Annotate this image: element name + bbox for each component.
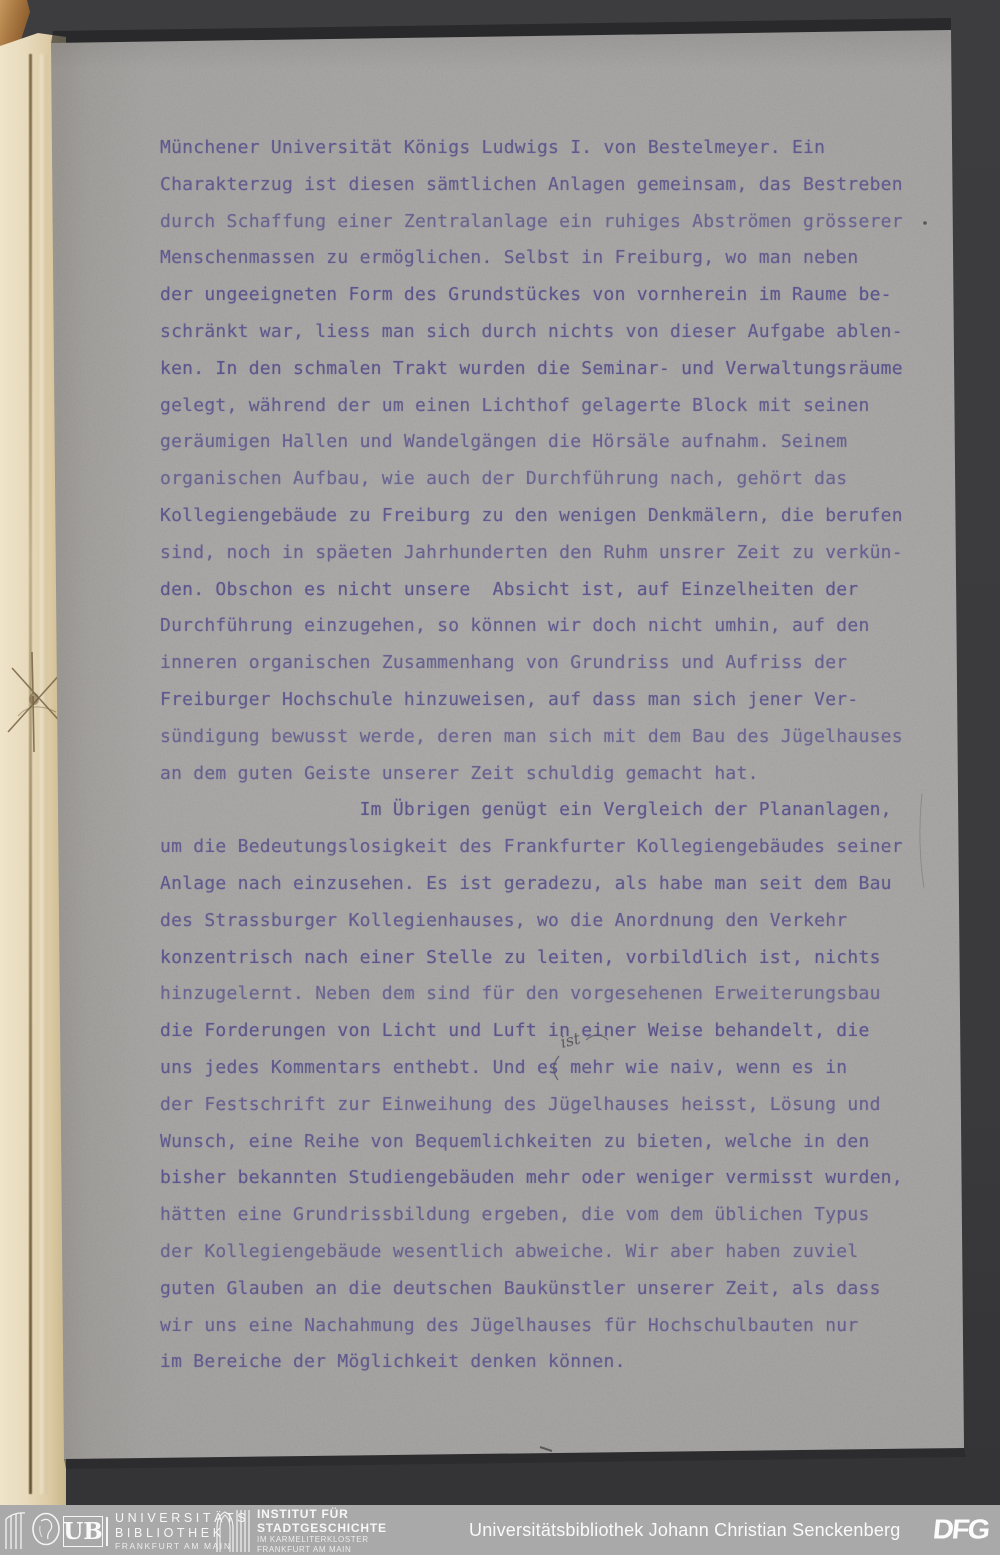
binding-highlight [40, 54, 47, 1494]
logo-separator [106, 1517, 108, 1546]
ub-abbr-box: UB [63, 1516, 103, 1547]
isg-line-1: INSTITUT FÜR [257, 1508, 387, 1520]
ub-abbr: UB [63, 1518, 103, 1545]
gothic-arch-icon [215, 1510, 251, 1552]
library-name: Universitätsbibliothek Johann Christian … [469, 1505, 900, 1555]
footer-bar: UB UNIVERSITÄTS BIBLIOTHEK FRANKFURT AM … [0, 1505, 1000, 1555]
isg-line-3: IM KARMELITERKLOSTER [257, 1536, 387, 1544]
scanned-page: Münchener Universität Königs Ludwigs I. … [0, 0, 1000, 1555]
binding-crease [29, 54, 32, 1494]
isg-line-2: STADTGESCHICHTE [257, 1522, 387, 1534]
dfg-logo: DFG [930, 1506, 990, 1554]
ub-frankfurt-logo: UB UNIVERSITÄTS BIBLIOTHEK FRANKFURT AM … [4, 1511, 249, 1551]
paper-marks [0, 0, 1000, 1555]
goethe-portrait-icon [31, 1512, 61, 1551]
book-fan-icon [4, 1511, 26, 1551]
institut-stadtgeschichte-logo: INSTITUT FÜR STADTGESCHICHTE IM KARMELIT… [215, 1509, 387, 1553]
isg-line-4: FRANKFURT AM MAIN [257, 1546, 387, 1554]
